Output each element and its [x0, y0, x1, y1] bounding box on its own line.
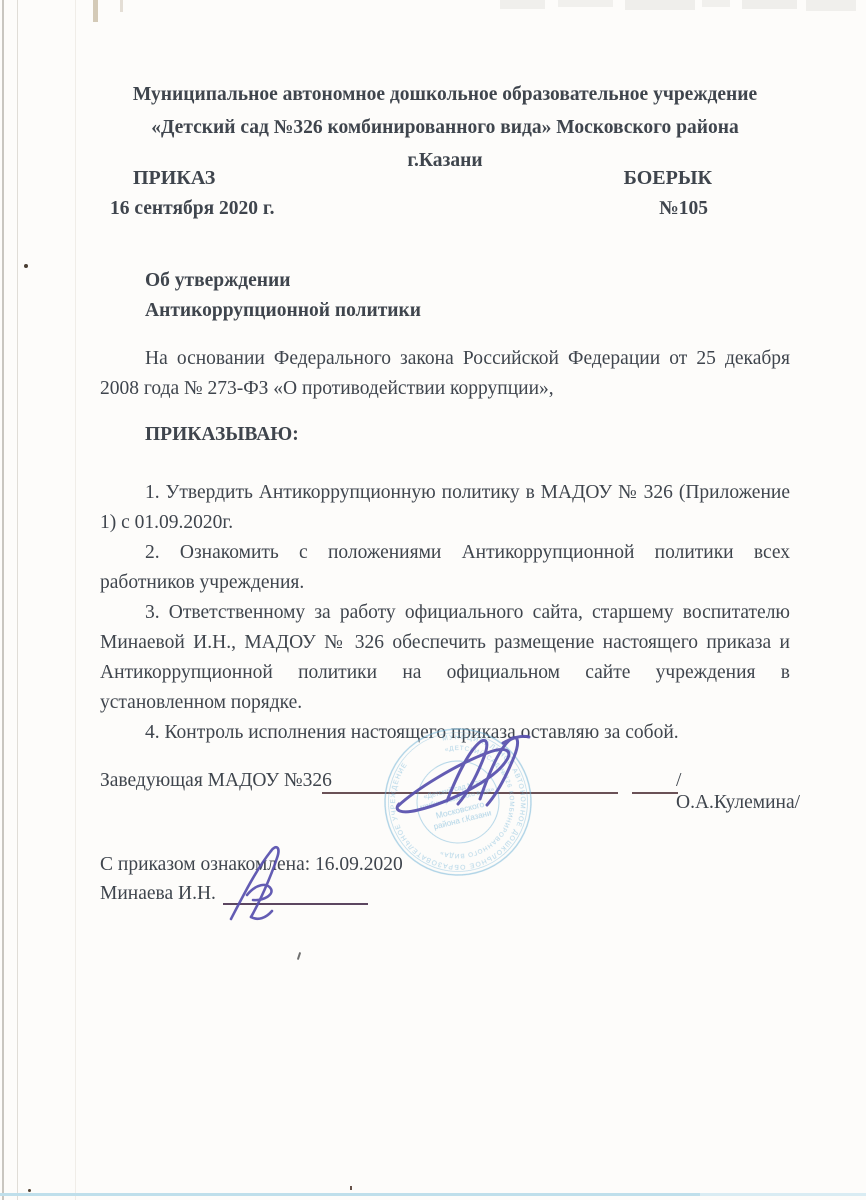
scanned-order-page: Муниципальное автономное дошкольное обра…	[0, 0, 866, 1200]
doc-subject: Об утверждении Антикоррупционной политик…	[145, 266, 421, 326]
doc-preamble: На основании Федерального закона Российс…	[100, 344, 790, 404]
doc-subject-line1: Об утверждении	[145, 266, 421, 296]
scan-smudge	[500, 0, 545, 9]
scan-dot	[350, 1186, 352, 1190]
scan-edge-line	[75, 0, 76, 1200]
order-item-2: 2. Ознакомить с положениями Антикоррупци…	[100, 538, 790, 598]
scan-edge-line	[17, 0, 18, 1200]
signature-line	[322, 792, 618, 794]
scan-dot	[24, 264, 28, 268]
signature-line	[632, 792, 678, 794]
order-items: 1. Утвердить Антикоррупционную политику …	[100, 478, 790, 748]
scan-dot	[297, 952, 301, 960]
acknowledgement-signature-line	[223, 903, 368, 905]
scan-smudge	[120, 0, 123, 12]
date-number-row: 16 сентября 2020 г. №105	[100, 198, 790, 220]
scan-bottom-line	[0, 1193, 866, 1196]
org-header: Муниципальное автономное дошкольное обра…	[100, 78, 790, 177]
scan-smudge	[742, 0, 797, 9]
doc-type-row: ПРИКАЗ БОЕРЫК	[100, 167, 790, 190]
acknowledgement-line: С приказом ознакомлена: 16.09.2020	[100, 850, 403, 879]
scan-smudge	[702, 0, 730, 7]
doc-directive: ПРИКАЗЫВАЮ:	[145, 424, 299, 446]
scan-edge-line	[2, 0, 4, 1200]
signature-row: Заведующая МАДОУ №326 /О.А.Кулемина/	[100, 770, 790, 804]
acknowledgement-block: С приказом ознакомлена: 16.09.2020 Минае…	[100, 850, 403, 908]
order-item-4: 4. Контроль исполнения настоящего приказ…	[100, 718, 790, 748]
doc-type-tat: БОЕРЫК	[624, 167, 712, 190]
signature-role: Заведующая МАДОУ №326	[100, 770, 332, 792]
signature-name: /О.А.Кулемина/	[676, 770, 800, 814]
doc-number: №105	[659, 198, 708, 220]
scan-smudge	[558, 0, 613, 7]
org-header-line1: Муниципальное автономное дошкольное обра…	[100, 78, 790, 111]
doc-subject-line2: Антикоррупционной политики	[145, 296, 421, 326]
org-header-line2: «Детский сад №326 комбинированного вида»…	[100, 111, 790, 144]
doc-type-ru: ПРИКАЗ	[133, 167, 215, 190]
scan-smudge	[806, 0, 856, 11]
stamp-center-line4: района г.Казани	[433, 808, 493, 831]
doc-date: 16 сентября 2020 г.	[110, 198, 274, 220]
order-item-1: 1. Утвердить Антикоррупционную политику …	[100, 478, 790, 538]
scan-smudge	[625, 0, 695, 10]
scan-smudge	[93, 0, 98, 22]
scan-dot	[28, 1189, 31, 1192]
order-item-3: 3. Ответственному за работу официального…	[100, 598, 790, 718]
scan-bottom-line	[0, 1193, 700, 1196]
